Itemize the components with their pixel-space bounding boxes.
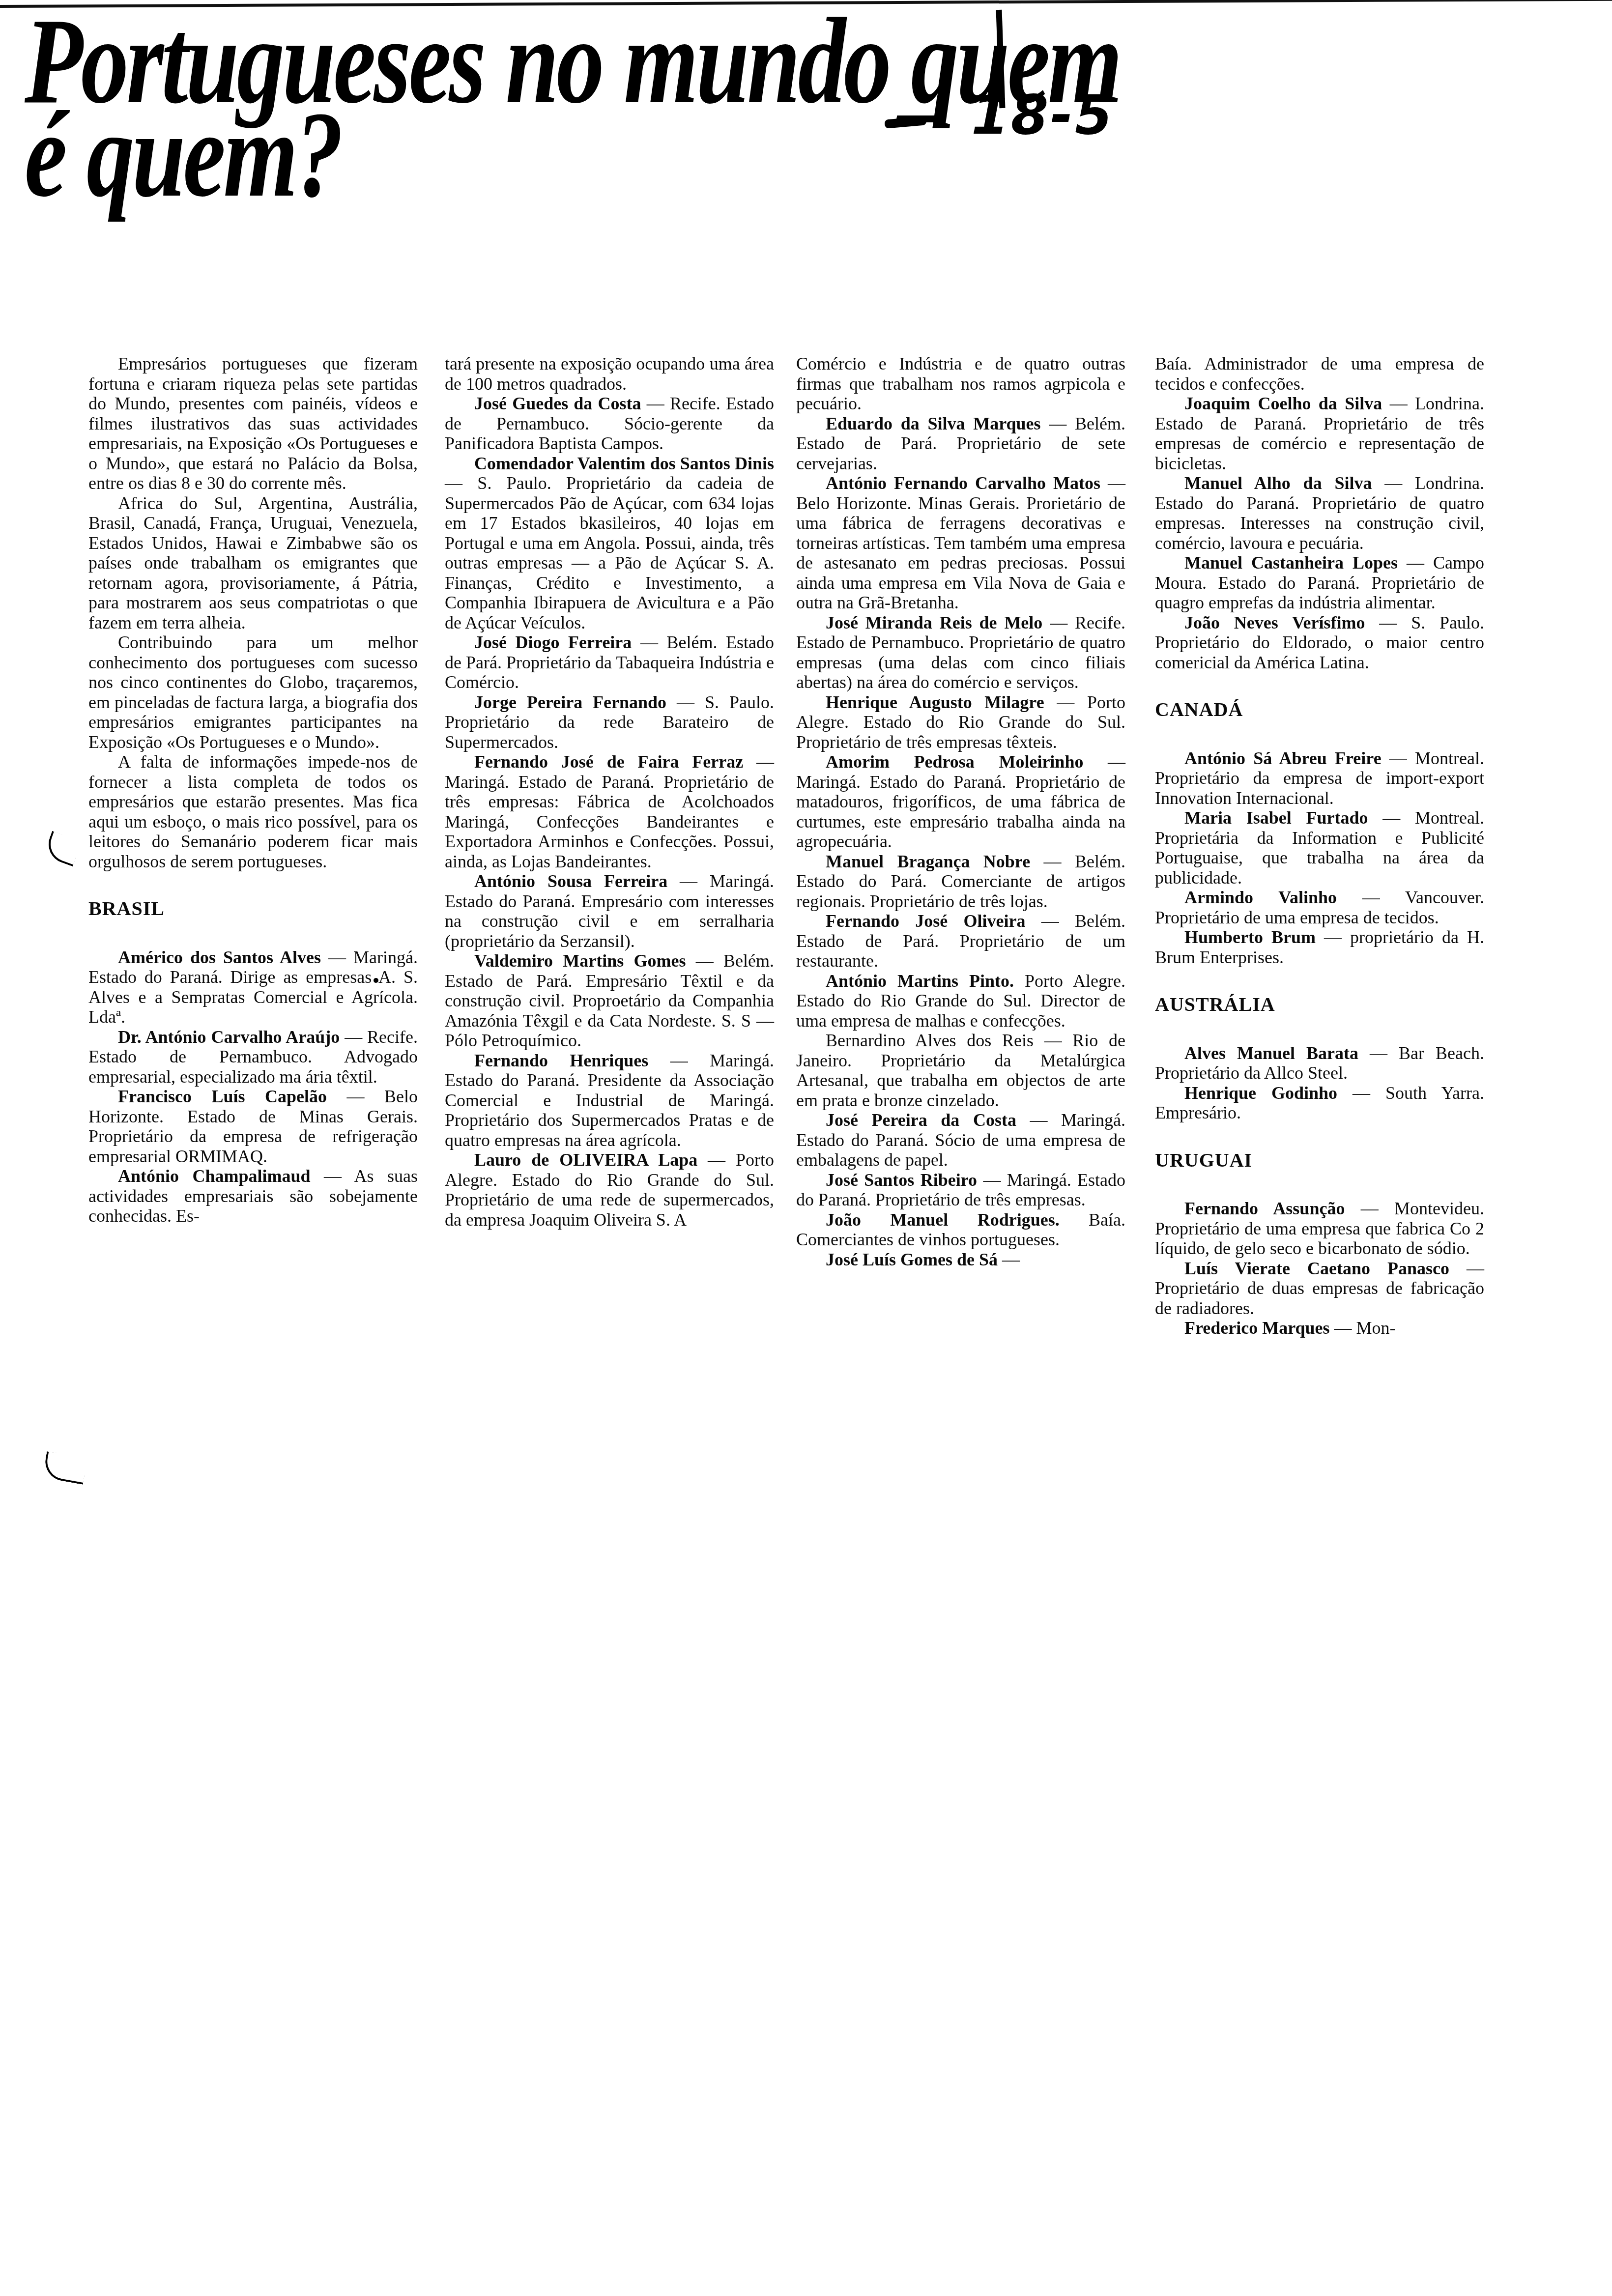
entrepreneur-entry: José Santos Ribeiro — Maringá. Estado do… (796, 1170, 1125, 1210)
entrepreneur-entry: Humberto Brum — proprietário da H. Brum … (1155, 927, 1484, 967)
article-column-2: tará presente na exposição ocupando uma … (445, 354, 774, 1230)
entrepreneur-entry: José Miranda Reis de Melo — Recife. Esta… (796, 613, 1125, 692)
entrepreneur-name: Frederico Marques (1184, 1318, 1330, 1338)
continued-paragraph: Baía. Administrador de uma empresa de te… (1155, 354, 1484, 394)
entrepreneur-name: José Guedes da Costa (474, 394, 641, 413)
entrepreneur-name: António Sá Abreu Freire (1184, 748, 1382, 768)
entrepreneur-entry: Joaquim Coelho da Silva — Londrina. Esta… (1155, 394, 1484, 473)
entrepreneur-description: — (998, 1250, 1020, 1269)
entrepreneur-name: José Luís Gomes de Sá (826, 1250, 998, 1269)
intro-paragraph: Contribuindo para um melhor conhecimento… (88, 632, 418, 752)
entrepreneur-entry: José Guedes da Costa — Recife. Estado de… (445, 394, 774, 454)
entrepreneur-entry: Fernando Henriques — Maringá. Estado do … (445, 1051, 774, 1150)
entrepreneur-entry: Henrique Godinho — South Yarra. Empresár… (1155, 1083, 1484, 1123)
entrepreneur-entry: Amorim Pedrosa Moleirinho — Maringá. Est… (796, 752, 1125, 852)
entrepreneur-entry: João Neves Verísfimo — S. Paulo. Proprie… (1155, 613, 1484, 673)
entrepreneur-name: João Manuel Rodrigues. (826, 1210, 1060, 1230)
entrepreneur-name: José Santos Ribeiro (826, 1170, 977, 1190)
entrepreneur-name: José Pereira da Costa (826, 1110, 1016, 1130)
section-heading: URUGUAI (1155, 1150, 1484, 1171)
entrepreneur-entry: António Sá Abreu Freire — Montreal. Prop… (1155, 748, 1484, 808)
entrepreneur-entry: Manuel Alho da Silva — Londrina. Estado … (1155, 473, 1484, 553)
entrepreneur-name: Luís Vierate Caetano Panasco (1184, 1259, 1449, 1278)
entrepreneur-entry: Lauro de OLIVEIRA Lapa — Porto Alegre. E… (445, 1150, 774, 1230)
entrepreneur-name: Fernando Assunção (1184, 1199, 1345, 1218)
entrepreneur-name: Lauro de OLIVEIRA Lapa (474, 1150, 697, 1170)
entrepreneur-name: Maria Isabel Furtado (1184, 808, 1368, 828)
entrepreneur-name: Humberto Brum (1184, 927, 1316, 947)
entrepreneur-entry: Luís Vierate Caetano Panasco — Proprietá… (1155, 1259, 1484, 1319)
entrepreneur-name: Eduardo da Silva Marques (826, 414, 1041, 433)
entrepreneur-description: — Belo Horizonte. Minas Gerais. Prorietá… (796, 473, 1125, 612)
entrepreneur-entry: Comendador Valentim dos Santos Dinis — S… (445, 454, 774, 633)
entrepreneur-entry: Maria Isabel Furtado — Montreal. Proprie… (1155, 808, 1484, 888)
margin-pen-mark (42, 1451, 87, 1485)
entrepreneur-entry: Manuel Castanheira Lopes — Campo Moura. … (1155, 553, 1484, 613)
entrepreneur-entry: Fernando José de Faira Ferraz — Maringá.… (445, 752, 774, 871)
entrepreneur-entry: José Luís Gomes de Sá — (796, 1250, 1125, 1270)
section-heading: AUSTRÁLIA (1155, 995, 1484, 1015)
entrepreneur-name: Fernando Henriques (474, 1051, 648, 1070)
entrepreneur-name: Francisco Luís Capelão (118, 1087, 327, 1106)
entrepreneur-entry: António Champalimaud — As suas actividad… (88, 1166, 418, 1226)
entrepreneur-entry: António Sousa Ferreira — Maringá. Estado… (445, 871, 774, 951)
continued-paragraph: Comércio e Indústria e de quatro outras … (796, 354, 1125, 414)
entrepreneur-name: Henrique Augusto Milagre (826, 692, 1044, 712)
headline-line-2: é quem? (25, 88, 341, 221)
entrepreneur-name: António Sousa Ferreira (474, 871, 667, 891)
entrepreneur-entry: Jorge Pereira Fernando — S. Paulo. Propr… (445, 692, 774, 752)
section-heading: CANADÁ (1155, 700, 1484, 720)
entrepreneur-entry: José Diogo Ferreira — Belém. Estado de P… (445, 632, 774, 692)
entrepreneur-entry: Armindo Valinho — Vancouver. Proprietári… (1155, 888, 1484, 927)
entrepreneur-name: Henrique Godinho (1184, 1083, 1337, 1103)
entrepreneur-name: Fernando José de Faira Ferraz (474, 752, 743, 772)
entrepreneur-description: — Mon- (1330, 1318, 1396, 1338)
entrepreneur-name: Armindo Valinho (1184, 888, 1337, 907)
entrepreneur-name: Dr. António Carvalho Araújo (118, 1027, 340, 1047)
entrepreneur-name: Alves Manuel Barata (1184, 1043, 1358, 1063)
handwritten-annotation: — 18-5 (894, 84, 1115, 146)
section-heading: BRASIL (88, 899, 418, 919)
margin-pen-mark (43, 831, 82, 867)
entrepreneur-entry: António Martins Pinto. Porto Alegre. Est… (796, 971, 1125, 1031)
entrepreneur-entry: Eduardo da Silva Marques — Belém. Estado… (796, 414, 1125, 474)
entrepreneur-name: Jorge Pereira Fernando (474, 692, 666, 712)
entrepreneur-entry: Américo dos Santos Alves — Maringá. Esta… (88, 947, 418, 1027)
entrepreneur-entry: Dr. António Carvalho Araújo — Recife. Es… (88, 1027, 418, 1087)
entrepreneur-description: — S. Paulo. Proprietário da cadeia de Su… (445, 473, 774, 632)
entrepreneur-entry: Fernando José Oliveira — Belém. Estado d… (796, 911, 1125, 971)
entrepreneur-entry: Henrique Augusto Milagre — Porto Alegre.… (796, 692, 1125, 752)
entrepreneur-entry: Bernardino Alves dos Reis — Rio de Janei… (796, 1031, 1125, 1110)
entrepreneur-entry: Francisco Luís Capelão — Belo Horizonte.… (88, 1087, 418, 1166)
entrepreneur-name: Manuel Alho da Silva (1184, 473, 1372, 493)
entrepreneur-name: Manuel Castanheira Lopes (1184, 553, 1398, 573)
entrepreneur-name: Joaquim Coelho da Silva (1184, 394, 1382, 413)
continued-paragraph: tará presente na exposição ocupando uma … (445, 354, 774, 394)
entrepreneur-entry: José Pereira da Costa — Maringá. Estado … (796, 1110, 1125, 1170)
entrepreneur-name: Amorim Pedrosa Moleirinho (826, 752, 1083, 772)
entrepreneur-name: Américo dos Santos Alves (118, 947, 321, 967)
entrepreneur-name: Manuel Bragança Nobre (826, 852, 1030, 871)
entrepreneur-name: José Diogo Ferreira (474, 632, 632, 652)
intro-paragraph: A falta de informações impede-nos de for… (88, 752, 418, 871)
entrepreneur-name: João Neves Verísfimo (1184, 613, 1365, 632)
article-column-4: Baía. Administrador de uma empresa de te… (1155, 354, 1484, 1338)
entrepreneur-entry: António Fernando Carvalho Matos — Belo H… (796, 473, 1125, 613)
entrepreneur-entry: Manuel Bragança Nobre — Belém. Estado do… (796, 852, 1125, 912)
entrepreneur-name: Fernando José Oliveira (826, 911, 1026, 931)
entrepreneur-name: António Martins Pinto. (826, 971, 1014, 991)
entrepreneur-entry: Alves Manuel Barata — Bar Beach. Proprie… (1155, 1043, 1484, 1083)
entrepreneur-name: António Fernando Carvalho Matos (826, 473, 1100, 493)
entrepreneur-entry: Valdemiro Martins Gomes — Belém. Estado … (445, 951, 774, 1051)
intro-paragraph: Empresários portugueses que fizeram fort… (88, 354, 418, 493)
article-column-3: Comércio e Indústria e de quatro outras … (796, 354, 1125, 1269)
entrepreneur-entry: João Manuel Rodrigues. Baía. Comerciante… (796, 1210, 1125, 1250)
entrepreneur-name: Comendador Valentim dos Santos Dinis (474, 454, 774, 473)
entrepreneur-name: José Miranda Reis de Melo (826, 613, 1042, 632)
intro-paragraph: Africa do Sul, Argentina, Austrália, Bra… (88, 493, 418, 633)
entrepreneur-name: António Champalimaud (118, 1166, 311, 1186)
entrepreneur-entry: Frederico Marques — Mon- (1155, 1318, 1484, 1338)
article-column-1: Empresários portugueses que fizeram fort… (88, 354, 418, 1226)
entrepreneur-name: Valdemiro Martins Gomes (474, 951, 686, 971)
entrepreneur-entry: Fernando Assunção — Montevideu. Propriet… (1155, 1199, 1484, 1259)
